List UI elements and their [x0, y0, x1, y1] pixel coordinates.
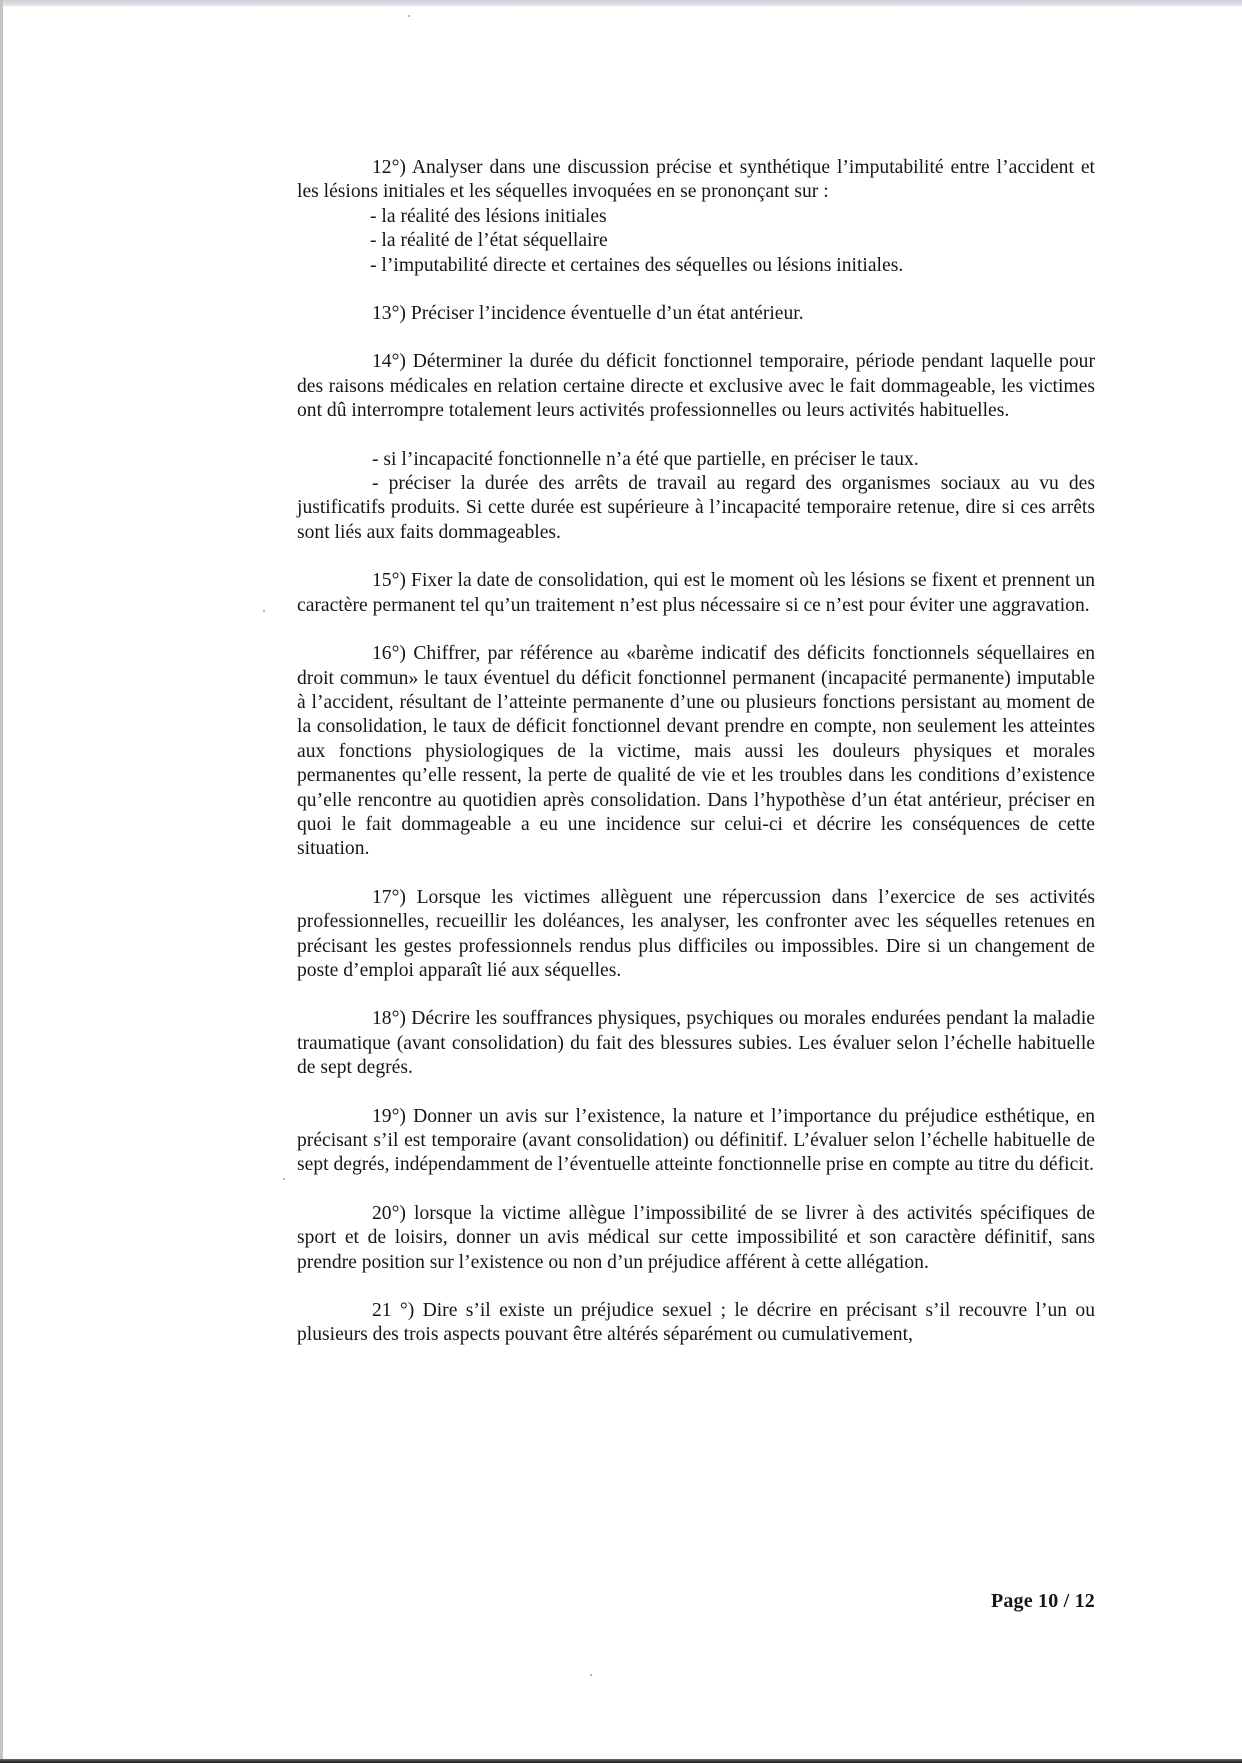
- item-21: 21 °) Dire s’il existe un préjudice sexu…: [297, 1299, 1095, 1348]
- item-20: 20°) lorsque la victime allègue l’imposs…: [297, 1202, 1095, 1275]
- item-12-subitem: - la réalité de l’état séquellaire: [370, 229, 1095, 253]
- item-14-subitem: - si l’incapacité fonctionnelle n’a été …: [297, 448, 1095, 472]
- scan-speck: [263, 610, 265, 612]
- scan-top-edge: [0, 0, 1242, 6]
- scan-speck: [408, 15, 410, 17]
- item-16: 16°) Chiffrer, par référence au «barème …: [297, 642, 1095, 862]
- item-19: 19°) Donner un avis sur l’existence, la …: [297, 1105, 1095, 1178]
- scan-speck: [283, 1178, 285, 1180]
- item-14: 14°) Déterminer la durée du déficit fonc…: [297, 350, 1095, 423]
- scan-speck: [1000, 708, 1002, 710]
- page-number: Page 10 / 12: [991, 1590, 1095, 1613]
- document-body: 12°) Analyser dans une discussion précis…: [297, 156, 1095, 1348]
- item-15: 15°) Fixer la date de consolidation, qui…: [297, 569, 1095, 618]
- scan-bottom-edge: [0, 1759, 1242, 1763]
- item-14-subitem: - préciser la durée des arrêts de travai…: [297, 472, 1095, 545]
- scan-left-edge: [0, 0, 3, 1763]
- item-12-subitem: - l’imputabilité directe et certaines de…: [370, 254, 1095, 278]
- scan-speck: [590, 1674, 592, 1676]
- item-18: 18°) Décrire les souffrances physiques, …: [297, 1007, 1095, 1080]
- item-17: 17°) Lorsque les victimes allèguent une …: [297, 886, 1095, 984]
- item-12: 12°) Analyser dans une discussion précis…: [297, 156, 1095, 205]
- item-12-subitem: - la réalité des lésions initiales: [370, 205, 1095, 229]
- item-12-sublist: - la réalité des lésions initiales - la …: [297, 205, 1095, 278]
- item-13: 13°) Préciser l’incidence éventuelle d’u…: [297, 302, 1095, 326]
